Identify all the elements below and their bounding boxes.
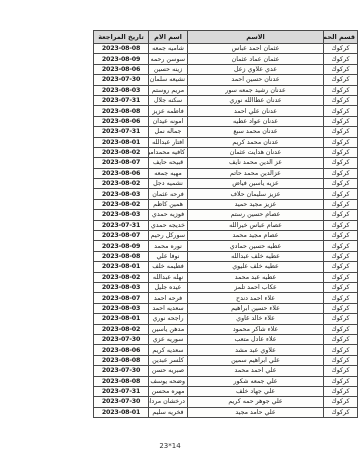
cell-protection-dept: كركوك bbox=[324, 137, 358, 147]
cell-protection-dept: كركوك bbox=[324, 44, 358, 54]
cell-mother-name: نوفا علي bbox=[149, 251, 188, 261]
table-row: كركوكعلي حامد مجيدفخريه سليم2023-08-01 bbox=[94, 407, 358, 417]
cell-mother-name: شاميه جمعه bbox=[149, 44, 188, 54]
cell-mother-name: قبيحه حايف bbox=[149, 158, 188, 168]
cell-mother-name: سوريه عزي bbox=[149, 334, 188, 344]
cell-protection-dept: كركوك bbox=[324, 314, 358, 324]
cell-review-date: 2023-08-01 bbox=[94, 262, 149, 272]
table-row: كركوكعلاء شاكر محمودمدهن ياسين2023-08-02 bbox=[94, 324, 358, 334]
cell-review-date: 2023-08-03 bbox=[94, 282, 149, 292]
cell-review-date: 2023-07-31 bbox=[94, 386, 149, 396]
table-row: كركوكعطيه عبد محمدنهله عبدالله2023-08-02 bbox=[94, 272, 358, 282]
cell-review-date: 2023-07-31 bbox=[94, 127, 149, 137]
cell-review-date: 2023-08-06 bbox=[94, 168, 149, 178]
table-row: كركوكعلاء خالد غاويراجحه نوري2023-08-01 bbox=[94, 314, 358, 324]
cell-review-date: 2023-08-02 bbox=[94, 147, 149, 157]
cell-mother-name: راجحه نوري bbox=[149, 314, 188, 324]
cell-person-name: علاء احمد دندح bbox=[188, 293, 324, 303]
cell-mother-name: وضحه يوسف bbox=[149, 376, 188, 386]
table-row: كركوكعدنان هدايت عثمانكافيه محمدامين2023… bbox=[94, 147, 358, 157]
document-page: قسم الحماية الاسم اسم الام تاريخ المراجع… bbox=[0, 0, 360, 466]
cell-mother-name: همين كاظم bbox=[149, 199, 188, 209]
cell-review-date: 2023-08-08 bbox=[94, 44, 149, 54]
cell-mother-name: فاطمه عزيز bbox=[149, 106, 188, 116]
cell-review-date: 2023-08-02 bbox=[94, 199, 149, 209]
review-table: قسم الحماية الاسم اسم الام تاريخ المراجع… bbox=[93, 30, 358, 418]
cell-review-date: 2023-08-06 bbox=[94, 116, 149, 126]
cell-protection-dept: كركوك bbox=[324, 54, 358, 64]
cell-review-date: 2023-08-09 bbox=[94, 241, 149, 251]
cell-protection-dept: كركوك bbox=[324, 147, 358, 157]
table-row: كركوكعصام مجيد محمدسوركل رحيم2023-08-07 bbox=[94, 231, 358, 241]
cell-review-date: 2023-08-08 bbox=[94, 106, 149, 116]
cell-review-date: 2023-07-30 bbox=[94, 75, 149, 85]
cell-protection-dept: كركوك bbox=[324, 127, 358, 137]
cell-person-name: عثمان عماد عثمان bbox=[188, 54, 324, 64]
cell-review-date: 2023-07-31 bbox=[94, 95, 149, 105]
cell-person-name: علي جمعه شكور bbox=[188, 376, 324, 386]
table-row: كركوكعزيز مجيد حميدهمين كاظم2023-08-02 bbox=[94, 199, 358, 209]
cell-mother-name: فرحه احمد bbox=[149, 293, 188, 303]
cell-person-name: عطيه خلف عليوي bbox=[188, 262, 324, 272]
cell-protection-dept: كركوك bbox=[324, 324, 358, 334]
cell-mother-name: جماله نمل bbox=[149, 127, 188, 137]
cell-protection-dept: كركوك bbox=[324, 272, 358, 282]
table-row: كركوكعدي علاوي زعلزينه حسين2023-08-06 bbox=[94, 64, 358, 74]
table-row: كركوكعلاوي عبد مشدسعديه كريم2023-08-06 bbox=[94, 345, 358, 355]
cell-review-date: 2023-07-31 bbox=[94, 220, 149, 230]
cell-review-date: 2023-08-08 bbox=[94, 251, 149, 261]
cell-protection-dept: كركوك bbox=[324, 64, 358, 74]
cell-person-name: علي جوهر حمه كريم bbox=[188, 397, 324, 407]
cell-review-date: 2023-08-07 bbox=[94, 293, 149, 303]
table-row: كركوكعدنان رشيد جمعه سورمريم روستم2023-0… bbox=[94, 85, 358, 95]
cell-person-name: عطيه حسين حمادي bbox=[188, 241, 324, 251]
cell-person-name: عطيه عبد محمد bbox=[188, 272, 324, 282]
cell-person-name: علي احمد محمد bbox=[188, 366, 324, 376]
cell-person-name: عطيه خلف عبدالله bbox=[188, 251, 324, 261]
cell-protection-dept: كركوك bbox=[324, 355, 358, 365]
cell-mother-name: سكنه جلال bbox=[149, 95, 188, 105]
cell-protection-dept: كركوك bbox=[324, 386, 358, 396]
cell-mother-name: كلسر عبدين bbox=[149, 355, 188, 365]
table-row: كركوكعزيز سليمان حلاففرحه عثمان2023-08-0… bbox=[94, 189, 358, 199]
cell-review-date: 2023-08-03 bbox=[94, 303, 149, 313]
cell-review-date: 2023-08-01 bbox=[94, 137, 149, 147]
cell-protection-dept: كركوك bbox=[324, 220, 358, 230]
cell-person-name: عدنان عواد عطيه bbox=[188, 116, 324, 126]
table-row: كركوكعدنان عطاالله نوريسكنه جلال2023-07-… bbox=[94, 95, 358, 105]
cell-person-name: عصام حسين رستم bbox=[188, 210, 324, 220]
cell-review-date: 2023-08-08 bbox=[94, 376, 149, 386]
cell-protection-dept: كركوك bbox=[324, 158, 358, 168]
cell-mother-name: نهله عبدالله bbox=[149, 272, 188, 282]
cell-protection-dept: كركوك bbox=[324, 210, 358, 220]
cell-mother-name: نشميه دجل bbox=[149, 179, 188, 189]
table-body: كركوكعثمان احمد عباسشاميه جمعه2023-08-08… bbox=[94, 44, 358, 418]
cell-protection-dept: كركوك bbox=[324, 262, 358, 272]
header-row: قسم الحماية الاسم اسم الام تاريخ المراجع… bbox=[94, 31, 358, 44]
table-row: كركوكعلي جمعه شكوروضحه يوسف2023-08-08 bbox=[94, 376, 358, 386]
table-row: كركوكعلي جهاد خلفمهره محسن2023-07-31 bbox=[94, 386, 358, 396]
cell-review-date: 2023-08-01 bbox=[94, 407, 149, 417]
table-row: كركوكعدنان محمد كريمافتار عبدالله2023-08… bbox=[94, 137, 358, 147]
cell-mother-name: افتار عبدالله bbox=[149, 137, 188, 147]
col-header-mother-name: اسم الام bbox=[149, 31, 188, 44]
table-row: كركوكعدنان حسين احمدنشيعه سلمان2023-07-3… bbox=[94, 75, 358, 85]
col-header-name: الاسم bbox=[188, 31, 324, 44]
table-row: كركوكعثمان احمد عباسشاميه جمعه2023-08-08 bbox=[94, 44, 358, 54]
cell-protection-dept: كركوك bbox=[324, 95, 358, 105]
cell-person-name: عدنان محمد سبع bbox=[188, 127, 324, 137]
cell-review-date: 2023-08-08 bbox=[94, 355, 149, 365]
table-row: كركوكعزالدين محمد حاتممهيه جمعه2023-08-0… bbox=[94, 168, 358, 178]
cell-mother-name: كافيه محمدامين bbox=[149, 147, 188, 157]
cell-review-date: 2023-08-06 bbox=[94, 345, 149, 355]
cell-review-date: 2023-08-03 bbox=[94, 210, 149, 220]
cell-person-name: عدنان هدايت عثمان bbox=[188, 147, 324, 157]
cell-mother-name: مهيه جمعه bbox=[149, 168, 188, 178]
cell-person-name: عز الدين محمد نايف bbox=[188, 158, 324, 168]
table-row: كركوكعطيه خلف عبداللهنوفا علي2023-08-08 bbox=[94, 251, 358, 261]
table-row: كركوكعلي ابراهيم سمينكلسر عبدين2023-08-0… bbox=[94, 355, 358, 365]
table-row: كركوكعزيه ياسين فياضنشميه دجل2023-08-02 bbox=[94, 179, 358, 189]
cell-person-name: عدنان محمد كريم bbox=[188, 137, 324, 147]
cell-protection-dept: كركوك bbox=[324, 85, 358, 95]
cell-mother-name: زينه حسين bbox=[149, 64, 188, 74]
table-row: كركوكعدنان علي احمدفاطمه عزيز2023-08-08 bbox=[94, 106, 358, 116]
cell-mother-name: عيده جليل bbox=[149, 282, 188, 292]
cell-protection-dept: كركوك bbox=[324, 241, 358, 251]
col-header-review-date: تاريخ المراجعة bbox=[94, 31, 149, 44]
table-row: كركوكعدنان محمد سبعجماله نمل2023-07-31 bbox=[94, 127, 358, 137]
cell-mother-name: فطيمه خلف bbox=[149, 262, 188, 272]
cell-protection-dept: كركوك bbox=[324, 293, 358, 303]
cell-protection-dept: كركوك bbox=[324, 376, 358, 386]
cell-person-name: عصام مجيد محمد bbox=[188, 231, 324, 241]
cell-mother-name: فرحه عثمان bbox=[149, 189, 188, 199]
cell-protection-dept: كركوك bbox=[324, 199, 358, 209]
cell-review-date: 2023-08-02 bbox=[94, 324, 149, 334]
cell-mother-name: سعديه كريم bbox=[149, 345, 188, 355]
cell-mother-name: نوره محمد bbox=[149, 241, 188, 251]
cell-review-date: 2023-08-09 bbox=[94, 54, 149, 64]
table-row: كركوكعلي جوهر حمه كريمدرخشان مردان2023-0… bbox=[94, 397, 358, 407]
cell-person-name: علي جهاد خلف bbox=[188, 386, 324, 396]
cell-protection-dept: كركوك bbox=[324, 116, 358, 126]
cell-protection-dept: كركوك bbox=[324, 179, 358, 189]
table-row: كركوكعكاب احمد تلمزعيده جليل2023-08-03 bbox=[94, 282, 358, 292]
cell-mother-name: نشيعه سلمان bbox=[149, 75, 188, 85]
table-row: كركوكعثمان عماد عثمانسوسن رحمه الله2023-… bbox=[94, 54, 358, 64]
cell-review-date: 2023-07-30 bbox=[94, 334, 149, 344]
cell-person-name: عدنان رشيد جمعه سور bbox=[188, 85, 324, 95]
cell-person-name: عدي علاوي زعل bbox=[188, 64, 324, 74]
cell-protection-dept: كركوك bbox=[324, 106, 358, 116]
cell-review-date: 2023-08-07 bbox=[94, 231, 149, 241]
table-row: كركوكعلاء عادل متعبسوريه عزي2023-07-30 bbox=[94, 334, 358, 344]
cell-person-name: علاء شاكر محمود bbox=[188, 324, 324, 334]
cell-mother-name: مدهن ياسين bbox=[149, 324, 188, 334]
table-row: كركوكعلي احمد محمدصبريه حسن2023-07-30 bbox=[94, 366, 358, 376]
cell-protection-dept: كركوك bbox=[324, 231, 358, 241]
table-row: كركوكعدنان عواد عطيهامونه عيدان2023-08-0… bbox=[94, 116, 358, 126]
cell-protection-dept: كركوك bbox=[324, 397, 358, 407]
cell-mother-name: صبريه حسن bbox=[149, 366, 188, 376]
cell-mother-name: سوركل رحيم bbox=[149, 231, 188, 241]
cell-person-name: عثمان احمد عباس bbox=[188, 44, 324, 54]
cell-protection-dept: كركوك bbox=[324, 251, 358, 261]
cell-review-date: 2023-08-02 bbox=[94, 179, 149, 189]
cell-protection-dept: كركوك bbox=[324, 75, 358, 85]
table-row: كركوكعطيه حسين حمادينوره محمد2023-08-09 bbox=[94, 241, 358, 251]
cell-mother-name: مريم روستم bbox=[149, 85, 188, 95]
cell-review-date: 2023-08-02 bbox=[94, 272, 149, 282]
cell-mother-name: فوزيه حمدي bbox=[149, 210, 188, 220]
cell-review-date: 2023-07-30 bbox=[94, 397, 149, 407]
cell-person-name: علي حامد مجيد bbox=[188, 407, 324, 417]
cell-review-date: 2023-08-03 bbox=[94, 189, 149, 199]
table-row: كركوكعصام عباس خيراللهخديجه حمدي2023-07-… bbox=[94, 220, 358, 230]
cell-person-name: عكاب احمد تلمز bbox=[188, 282, 324, 292]
cell-person-name: عدنان علي احمد bbox=[188, 106, 324, 116]
cell-person-name: عزالدين محمد حاتم bbox=[188, 168, 324, 178]
cell-person-name: علاء خالد غاوي bbox=[188, 314, 324, 324]
cell-mother-name: فخريه سليم bbox=[149, 407, 188, 417]
cell-person-name: عدنان حسين احمد bbox=[188, 75, 324, 85]
cell-review-date: 2023-07-30 bbox=[94, 366, 149, 376]
cell-person-name: عزيز مجيد حميد bbox=[188, 199, 324, 209]
cell-person-name: علي ابراهيم سمين bbox=[188, 355, 324, 365]
cell-review-date: 2023-08-01 bbox=[94, 314, 149, 324]
cell-protection-dept: كركوك bbox=[324, 282, 358, 292]
cell-mother-name: خديجه حمدي bbox=[149, 220, 188, 230]
table-row: كركوكعطيه خلف عليويفطيمه خلف2023-08-01 bbox=[94, 262, 358, 272]
table-row: كركوكعلاء احمد دندحفرحه احمد2023-08-07 bbox=[94, 293, 358, 303]
cell-protection-dept: كركوك bbox=[324, 334, 358, 344]
cell-mother-name: مهره محسن bbox=[149, 386, 188, 396]
cell-person-name: علاوي عبد مشد bbox=[188, 345, 324, 355]
cell-mother-name: امونه عيدان bbox=[149, 116, 188, 126]
table-row: كركوكعلاء حسين ابراهيمسعديه احمد2023-08-… bbox=[94, 303, 358, 313]
cell-person-name: عدنان عطاالله نوري bbox=[188, 95, 324, 105]
cell-review-date: 2023-08-07 bbox=[94, 158, 149, 168]
cell-person-name: علاء عادل متعب bbox=[188, 334, 324, 344]
cell-person-name: عصام عباس خيرالله bbox=[188, 220, 324, 230]
cell-protection-dept: كركوك bbox=[324, 168, 358, 178]
cell-protection-dept: كركوك bbox=[324, 345, 358, 355]
cell-person-name: عزيه ياسين فياض bbox=[188, 179, 324, 189]
table-row: كركوكعصام حسين رستمفوزيه حمدي2023-08-03 bbox=[94, 210, 358, 220]
cell-protection-dept: كركوك bbox=[324, 189, 358, 199]
col-header-protection-dept: قسم الحماية bbox=[324, 31, 358, 44]
cell-review-date: 2023-08-06 bbox=[94, 64, 149, 74]
cell-review-date: 2023-08-03 bbox=[94, 85, 149, 95]
cell-mother-name: سعديه احمد bbox=[149, 303, 188, 313]
cell-protection-dept: كركوك bbox=[324, 303, 358, 313]
cell-person-name: علاء حسين ابراهيم bbox=[188, 303, 324, 313]
cell-mother-name: درخشان مردان bbox=[149, 397, 188, 407]
cell-mother-name: سوسن رحمه الله bbox=[149, 54, 188, 64]
cell-person-name: عزيز سليمان حلاف bbox=[188, 189, 324, 199]
cell-protection-dept: كركوك bbox=[324, 366, 358, 376]
table-row: كركوكعز الدين محمد نايفقبيحه حايف2023-08… bbox=[94, 158, 358, 168]
cell-protection-dept: كركوك bbox=[324, 407, 358, 417]
page-number: 23*14 bbox=[0, 442, 340, 450]
table-header: قسم الحماية الاسم اسم الام تاريخ المراجع… bbox=[94, 31, 358, 44]
